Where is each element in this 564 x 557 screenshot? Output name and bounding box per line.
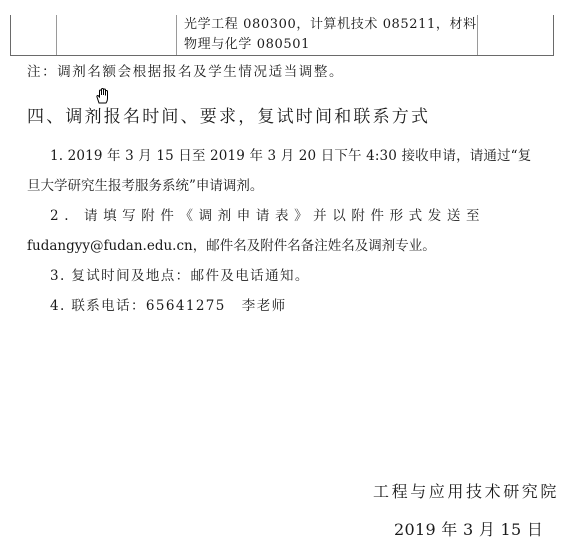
item-1: 1. 2019 年 3 月 15 日至 2019 年 3 月 20 日下午 4:… — [27, 141, 552, 201]
item-3: 3. 复试时间及地点：邮件及电话通知。 — [27, 261, 552, 291]
item-1-line-1: 1. 2019 年 3 月 15 日至 2019 年 3 月 20 日下午 4:… — [27, 141, 552, 171]
majors-line: 光学工程 080300，计算机技术 085211，材料 — [184, 15, 484, 35]
adjustment-note: 注：调剂名额会根据报名及学生情况适当调整。 — [27, 62, 344, 82]
section-heading: 四、调剂报名时间、要求，复试时间和联系方式 — [27, 106, 430, 128]
item-1-line-2: 旦大学研究生报考服务系统”申请调剂。 — [27, 171, 552, 201]
table-column-divider — [176, 15, 177, 55]
item-4-line-1: 4. 联系电话：65641275李老师 — [27, 291, 552, 321]
item-3-line-1: 3. 复试时间及地点：邮件及电话通知。 — [27, 261, 552, 291]
item-4: 4. 联系电话：65641275李老师 — [27, 291, 552, 321]
contact-phone: 4. 联系电话：65641275 — [50, 298, 226, 314]
majors-table-fragment: 光学工程 080300，计算机技术 085211，材料 物理与化学 080501 — [10, 15, 554, 56]
majors-line: 物理与化学 080501 — [184, 35, 484, 55]
signature-date: 2019 年 3 月 15 日 — [394, 519, 543, 541]
item-2-line-2: fudangyy@fudan.edu.cn，邮件名及附件名备注姓名及调剂专业。 — [27, 231, 552, 261]
signature-organization: 工程与应用技术研究院 — [373, 481, 559, 503]
hand-cursor-icon — [94, 87, 112, 105]
item-2-line-1: 2. 请填写附件《调剂申请表》并以附件形式发送至 — [27, 201, 552, 231]
table-cell-majors: 光学工程 080300，计算机技术 085211，材料 物理与化学 080501 — [184, 15, 484, 55]
contact-person: 李老师 — [242, 298, 287, 314]
table-column-divider — [56, 15, 57, 55]
item-2: 2. 请填写附件《调剂申请表》并以附件形式发送至 fudangyy@fudan.… — [27, 201, 552, 261]
